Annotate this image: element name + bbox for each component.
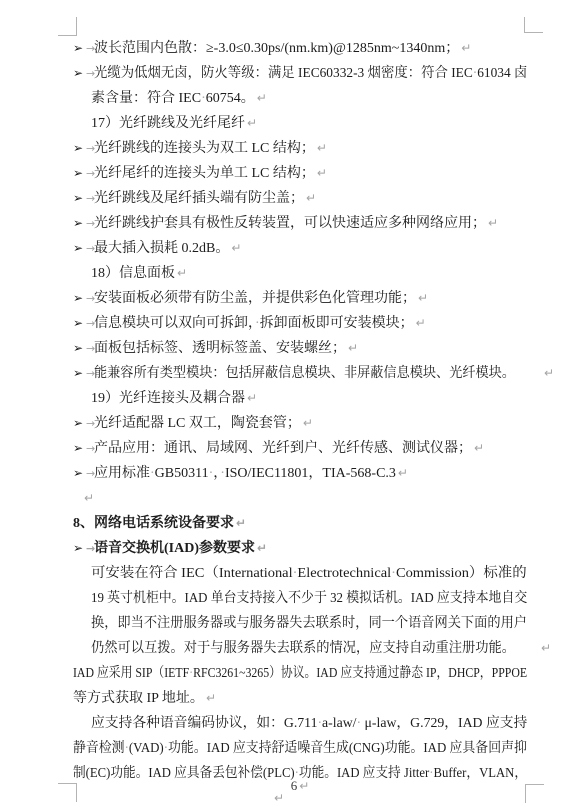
text-line: 应支持各种语音编码协议，如：G.711·a-law/· μ-law，G.729，… (73, 711, 527, 736)
line-text: 最大插入损耗 0.2dB。 (94, 236, 229, 261)
arrow-bullet-icon: ➢ (73, 136, 86, 161)
line-text: 19）光纤连接头及耦合器 (91, 386, 245, 411)
pilcrow-mark: ↵ (317, 141, 327, 155)
space-mark: · (125, 741, 129, 756)
tab-mark: → (86, 161, 94, 186)
pilcrow-mark: ↵ (541, 641, 551, 655)
arrow-bullet-icon: ➢ (73, 36, 86, 61)
tab-mark: → (86, 361, 94, 386)
line-text: 光纤尾纤的连接头为单工 LC 结构； (94, 161, 315, 186)
arrow-bullet-icon: ➢ (73, 461, 86, 486)
line-text: 信息模块可以双向可拆卸，·拆卸面板即可安装模块； (94, 311, 414, 336)
bullet-line: ➢→光纤跳线的连接头为双工 LC 结构；↵ (73, 136, 527, 161)
line-text: 光纤跳线的连接头为双工 LC 结构； (94, 136, 315, 161)
pilcrow-mark: ↵ (416, 316, 426, 330)
pilcrow-mark: ↵ (231, 241, 241, 255)
arrow-bullet-icon: ➢ (73, 286, 86, 311)
pilcrow-mark: ↵ (247, 391, 257, 405)
bullet-line: ➢→安装面板必须带有防尘盖，并提供彩色化管理功能；↵ (73, 286, 527, 311)
space-mark: · (356, 716, 361, 731)
space-mark: · (317, 716, 322, 731)
space-mark: · (473, 66, 477, 81)
line-text: IAD 应采用 SIP（IETF·RFC3261~3265）协议。IAD 应支持… (73, 661, 527, 686)
space-mark: · (220, 466, 225, 481)
space-mark: · (201, 91, 206, 106)
tab-mark: → (86, 436, 94, 461)
pilcrow-mark: ↵ (257, 91, 267, 105)
text-line: 换，即当不注册服务器或与服务器失去联系时，同一个语音网关下面的用户 (73, 611, 527, 636)
pilcrow-mark: ↵ (418, 291, 428, 305)
line-text: 光纤适配器 LC 双工，陶瓷套管； (94, 411, 301, 436)
pilcrow-mark: ↵ (303, 416, 313, 430)
bullet-line: ➢→光纤尾纤的连接头为单工 LC 结构；↵ (73, 161, 527, 186)
crop-mark-top-right (524, 17, 543, 33)
pilcrow-mark: ↵ (398, 466, 408, 480)
arrow-bullet-icon: ➢ (73, 161, 86, 186)
pilcrow-mark: ↵ (84, 491, 94, 505)
bullet-line: ➢→能兼容所有类型模块：包括屏蔽信息模块、非屏蔽信息模块、光纤模块。↵ (73, 361, 527, 386)
empty-line: ↵ (73, 486, 527, 511)
page-footer: 6↵ (73, 778, 527, 794)
tab-mark: → (86, 236, 94, 261)
line-text: 仍然可以互拨。对于与服务器失去联系的情况，应支持自动重注册功能。 (91, 636, 515, 661)
pilcrow-mark: ↵ (177, 266, 187, 280)
pilcrow-mark: ↵ (306, 191, 316, 205)
text-line: 素含量：符合 IEC·60754。↵ (73, 86, 527, 111)
footer-pilcrow-mark: ↵ (274, 791, 284, 805)
tab-mark: → (86, 311, 94, 336)
tab-mark: → (86, 336, 94, 361)
tab-mark: → (86, 136, 94, 161)
arrow-bullet-icon: ➢ (73, 361, 86, 386)
bullet-line: ➢→应用标准·GB50311·，·ISO/IEC11801，TIA-568-C.… (73, 461, 527, 486)
line-text: 应用标准·GB50311·，·ISO/IEC11801，TIA-568-C.3 (94, 461, 396, 486)
pilcrow-mark: ↵ (488, 216, 498, 230)
bullet-line: ➢→光纤适配器 LC 双工，陶瓷套管；↵ (73, 411, 527, 436)
pilcrow-mark: ↵ (474, 441, 484, 455)
arrow-bullet-icon: ➢ (73, 186, 86, 211)
pilcrow-mark: ↵ (544, 366, 554, 380)
bullet-line: ➢→光纤跳线及尾纤插头端有防尘盖；↵ (73, 186, 527, 211)
line-text: 波长范围内色散：≥-3.0≤0.30ps/(nm.km)@1285nm~1340… (94, 36, 459, 61)
space-mark: · (189, 666, 193, 681)
space-mark: · (293, 566, 298, 581)
space-mark: · (255, 316, 260, 331)
bullet-line: ➢→光缆为低烟无卤，防火等级：满足 IEC60332-3 烟密度：符合 IEC·… (73, 61, 527, 86)
line-text: 可安装在符合 IEC（International·Electrotechnica… (91, 561, 527, 586)
bullet-line: ➢→产品应用：通讯、局域网、光纤到户、光纤传感、测试仪器；↵ (73, 436, 527, 461)
crop-mark-top-left (58, 17, 77, 36)
arrow-bullet-icon: ➢ (73, 311, 86, 336)
tab-mark: → (86, 36, 94, 61)
pilcrow-mark: ↵ (299, 779, 309, 793)
pilcrow-mark: ↵ (348, 341, 358, 355)
line-text: 静音检测·(VAD)·功能。IAD 应支持舒适噪音生成(CNG)功能。IAD 应… (73, 736, 527, 761)
line-text: 17）光纤跳线及光纤尾纤 (91, 111, 245, 136)
arrow-bullet-icon: ➢ (73, 411, 86, 436)
bullet-line: ➢→光纤跳线护套具有极性反转装置，可以快速适应多种网络应用；↵ (73, 211, 527, 236)
crop-mark-bottom-right (525, 784, 544, 803)
tab-mark: → (86, 61, 94, 86)
bullet-line: ➢→最大插入损耗 0.2dB。↵ (73, 236, 527, 261)
pilcrow-mark: ↵ (461, 41, 471, 55)
line-text: 能兼容所有类型模块：包括屏蔽信息模块、非屏蔽信息模块、光纤模块。 (94, 361, 515, 386)
document-body: ➢→波长范围内色散：≥-3.0≤0.30ps/(nm.km)@1285nm~13… (73, 36, 527, 786)
document-page: ➢→波长范围内色散：≥-3.0≤0.30ps/(nm.km)@1285nm~13… (0, 0, 585, 807)
pilcrow-mark: ↵ (206, 691, 216, 705)
line-text: 应支持各种语音编码协议，如：G.711·a-law/· μ-law，G.729，… (91, 711, 527, 736)
text-line: 静音检测·(VAD)·功能。IAD 应支持舒适噪音生成(CNG)功能。IAD 应… (73, 736, 527, 761)
line-text: 素含量：符合 IEC·60754。 (91, 86, 255, 111)
space-mark: · (164, 741, 168, 756)
tab-mark: → (86, 286, 94, 311)
bullet-line: ➢→波长范围内色散：≥-3.0≤0.30ps/(nm.km)@1285nm~13… (73, 36, 527, 61)
tab-mark: → (86, 536, 94, 561)
text-line: 仍然可以互拨。对于与服务器失去联系的情况，应支持自动重注册功能。↵ (73, 636, 527, 661)
line-text: 18）信息面板 (91, 261, 175, 286)
line-text: 产品应用：通讯、局域网、光纤到户、光纤传感、测试仪器； (94, 436, 472, 461)
text-line: 可安装在符合 IEC（International·Electrotechnica… (73, 561, 527, 586)
text-line: IAD 应采用 SIP（IETF·RFC3261~3265）协议。IAD 应支持… (73, 661, 527, 686)
arrow-bullet-icon: ➢ (73, 236, 86, 261)
arrow-bullet-icon: ➢ (73, 211, 86, 236)
line-text: 光纤跳线护套具有极性反转装置，可以快速适应多种网络应用； (94, 211, 486, 236)
line-text: 换，即当不注册服务器或与服务器失去联系时，同一个语音网关下面的用户 (91, 611, 527, 636)
bullet-line: ➢→面板包括标签、透明标签盖、安装螺丝；↵ (73, 336, 527, 361)
tab-mark: → (86, 211, 94, 236)
text-line: 17）光纤跳线及光纤尾纤↵ (73, 111, 527, 136)
space-mark: · (209, 466, 214, 481)
line-text: 光纤跳线及尾纤插头端有防尘盖； (94, 186, 304, 211)
tab-mark: → (86, 411, 94, 436)
line-text: 光缆为低烟无卤，防火等级：满足 IEC60332-3 烟密度：符合 IEC·61… (94, 61, 527, 86)
bullet-line: ➢→信息模块可以双向可拆卸，·拆卸面板即可安装模块；↵ (73, 311, 527, 336)
arrow-bullet-icon: ➢ (73, 436, 86, 461)
space-mark: · (150, 466, 155, 481)
tab-mark: → (86, 186, 94, 211)
pilcrow-mark: ↵ (317, 166, 327, 180)
pilcrow-mark: ↵ (257, 541, 267, 555)
arrow-bullet-icon: ➢ (73, 336, 86, 361)
text-line: 19 英寸机柜中。IAD 单台支持接入不少于 32 模拟话机。IAD 应支持本地… (73, 586, 527, 611)
line-text: 语音交换机(IAD)参数要求 (94, 536, 255, 561)
arrow-bullet-icon: ➢ (73, 536, 86, 561)
bullet-line: ➢→语音交换机(IAD)参数要求↵ (73, 536, 527, 561)
pilcrow-mark: ↵ (236, 516, 246, 530)
line-text: 安装面板必须带有防尘盖，并提供彩色化管理功能； (94, 286, 416, 311)
line-text: 面板包括标签、透明标签盖、安装螺丝； (94, 336, 346, 361)
pilcrow-mark: ↵ (247, 116, 257, 130)
text-line: 19）光纤连接头及耦合器↵ (73, 386, 527, 411)
tab-mark: → (86, 461, 94, 486)
text-line: 等方式获取 IP 地址。↵ (73, 686, 527, 711)
space-mark: · (391, 566, 396, 581)
line-text: 等方式获取 IP 地址。 (73, 686, 204, 711)
heading-line: 8、网络电话系统设备要求↵ (73, 511, 527, 536)
line-text: 19 英寸机柜中。IAD 单台支持接入不少于 32 模拟话机。IAD 应支持本地… (91, 586, 527, 611)
page-number: 6 (291, 778, 298, 793)
line-text: 8、网络电话系统设备要求 (73, 511, 234, 536)
arrow-bullet-icon: ➢ (73, 61, 86, 86)
text-line: 18）信息面板↵ (73, 261, 527, 286)
